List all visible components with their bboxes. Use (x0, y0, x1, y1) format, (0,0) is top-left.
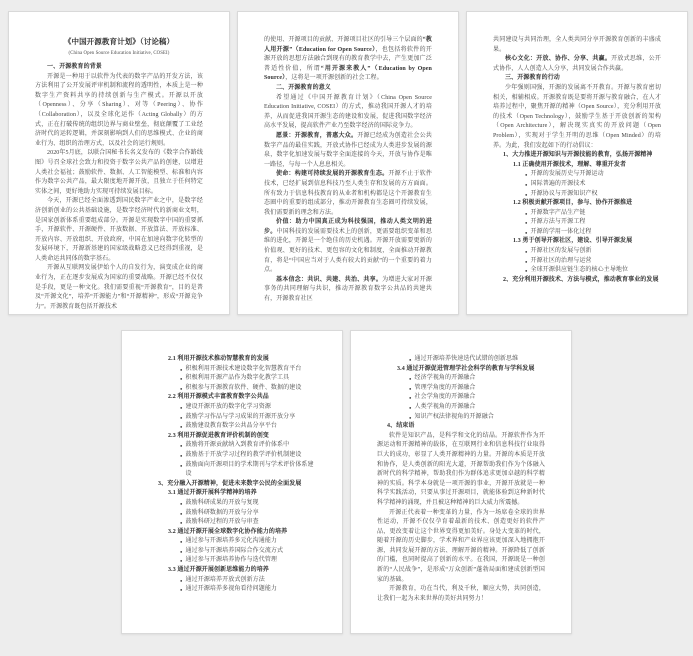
emphasis-text: 基本信念：共识、共建、共治、共享。 (276, 277, 382, 283)
bullet-icon: ● (409, 403, 412, 413)
bullet-text: 积极参与开源教育软件、硬件、数据的建设 (186, 384, 302, 394)
page-5-bullet: ●经济学视角的开源融合 (377, 374, 545, 384)
page-2-para: 使命：构建可持续发展的开源教育生态。开源不止于软件技术，已经扩展到信息科技乃至人… (264, 170, 432, 218)
page-3-h3: 1.2 积极贡献开源项目，参与、协作开源推进 (493, 199, 661, 209)
page-1-para: 开源从互联网发展伊始个人的自发行为，演变成企业的商业行为，正在逐步发展成为国家的… (35, 264, 203, 312)
page-5-bullet: ●通过开源培养快速迭代试错的创新思维 (377, 355, 545, 365)
bullet-icon: ● (180, 441, 183, 451)
bullet-icon: ● (525, 266, 528, 276)
page-4-h2: 3、充分融入开源精神，促进未来数字公民的全面发展 (148, 480, 316, 490)
bullet-text: 经济学视角的开源融合 (415, 374, 476, 384)
page-3-content: 共同建设与共同治理，全人类共同分享开源教育创新的丰盛成果。核心文化：开放、协作、… (467, 12, 687, 314)
page-4-bullet: ●鼓励科研数据的开放与分享 (148, 509, 316, 519)
page-4-bullet: ●通过参与开源培养国际合作交流方式 (148, 547, 316, 557)
page-4-bullet: ●积极利用开源产品作为数字化教学工具 (148, 374, 316, 384)
bullet-text: 社会学角度的开源融合 (415, 393, 476, 403)
bullet-icon: ● (409, 384, 412, 394)
page-4-h3: 2.1 利用开源技术推动智慧教育的发展 (148, 355, 316, 365)
page-3-h1: 三、开源教育的行动 (493, 74, 661, 84)
bullet-text: 鼓励面向开源项目的学术期刊与学术评价体系建设 (186, 461, 316, 480)
page-2-para: 价值：助力中国真正成为科技强国，推动人类文明的进步。中国科技的发展需要技术上的创… (264, 218, 432, 276)
bullet-text: 开源社区的发展与创新 (531, 247, 592, 257)
page-1-para: 2020年5月底，以联合国秘书长名义发布的《数字合作路线图》号召全球社会致力和投… (35, 149, 203, 197)
bullet-icon: ● (409, 355, 412, 365)
bullet-icon: ● (180, 422, 183, 432)
page-4-h3: 3.1 通过开源开展科学精神的培养 (148, 489, 316, 499)
page-3-bullet: ●开源社区的发展与创新 (493, 247, 661, 257)
bullet-text: 知识产权法律视角的开源融合 (415, 413, 494, 423)
bullet-text: 鼓励科研过程的开放与审查 (186, 518, 259, 528)
page-4-content: 2.1 利用开源技术推动智慧教育的发展●积极利用开源技术建设数字化智慧教育平台●… (122, 331, 342, 633)
page-1-h1: 一、开源教育的背景 (35, 63, 203, 73)
bullet-text: 开源方法与开源工程 (531, 218, 586, 228)
page-3: 共同建设与共同治理，全人类共同分享开源教育创新的丰盛成果。核心文化：开放、协作、… (466, 11, 688, 315)
bullet-icon: ● (180, 576, 183, 586)
page-2-h1: 二、开源教育的意义 (264, 84, 432, 94)
bullet-icon: ● (409, 393, 412, 403)
bullet-text: 鼓励将开源贡献纳入到教育评价体系中 (186, 441, 290, 451)
bullet-icon: ● (180, 547, 183, 557)
page-5-bullet: ●人类学视角的开源融合 (377, 403, 545, 413)
page-3-bullet: ●开源的学用一体化过程 (493, 228, 661, 238)
page-5-h2: 4、结束语 (377, 422, 545, 432)
bullet-icon: ● (180, 537, 183, 547)
page-5-bullet: ●社会学角度的开源融合 (377, 393, 545, 403)
bullet-text: 全球开源供应链生态的核心主导地位 (531, 266, 629, 276)
bullet-icon: ● (525, 257, 528, 267)
page-5-bullet: ●知识产权法律视角的开源融合 (377, 413, 545, 423)
bullet-text: 开源的学用一体化过程 (531, 228, 592, 238)
body-text: 中国科技的发展需要技术上的创新，更需要组织变革和思维的进化，开源是一个绝佳的历史… (264, 229, 432, 273)
page-4-bullet: ●积极利用开源技术建设数字化智慧教育平台 (148, 365, 316, 375)
body-text: 的使用、开源项目的贡献、开源项目社区的引导三个层面的 (264, 37, 423, 43)
bullet-icon: ● (525, 180, 528, 190)
page-5-para: 开源教育，功在当代，利及千秋，顺应大势，共同创造，让我们一起为未来世界的美好共同… (377, 585, 545, 604)
page-4: 2.1 利用开源技术推动智慧教育的发展●积极利用开源技术建设数字化智慧教育平台●… (121, 330, 343, 634)
page-4-bullet: ●鼓励基于开放学习过程的教学评价机制建设 (148, 451, 316, 461)
bullet-text: 开源社区的治理与运营 (531, 257, 592, 267)
bullet-icon: ● (180, 518, 183, 528)
bullet-icon: ● (525, 170, 528, 180)
page-5-content: ●通过开源培养快速迭代试错的创新思维3.4 通过开源促进管理学社会科学的教育与学… (351, 331, 571, 633)
page-4-bullet: ●通过开源培养开放式创新方法 (148, 576, 316, 586)
bullet-text: 通过参与开源培养国际合作交流方式 (186, 547, 284, 557)
bullet-icon: ● (180, 499, 183, 509)
bullet-text: 建设开源开放的数字化学习资源 (186, 403, 271, 413)
page-1-para: 今天，开源已经全面渗透到国民数字产业之中，是数字经济创新创业的公共基础设施，是数… (35, 197, 203, 264)
bullet-icon: ● (180, 413, 183, 423)
page-2-content: 的使用、开源项目的贡献、开源项目社区的引导三个层面的“教人用开源”（Educat… (238, 12, 458, 314)
page-5: ●通过开源培养快速迭代试错的创新思维3.4 通过开源促进管理学社会科学的教育与学… (350, 330, 572, 634)
emphasis-text: 使命：构建可持续发展的开源教育生态。 (276, 171, 388, 177)
bullet-text: 通过参与开源培养协作与迭代管理 (186, 556, 278, 566)
page-4-bullet: ●建设开源开放的数字化学习资源 (148, 403, 316, 413)
page-2-para: 希望通过《中国开源教育计划》（China Open Source Educati… (264, 94, 432, 132)
page-4-h3: 3.3 通过开源开展创新思维能力的培养 (148, 566, 316, 576)
page-5-bullet: ●管理学角度的开源融合 (377, 384, 545, 394)
bullet-icon: ● (525, 247, 528, 257)
bullet-icon: ● (525, 218, 528, 228)
bullet-text: 管理学角度的开源融合 (415, 384, 476, 394)
bullet-icon: ● (180, 585, 183, 595)
bullet-icon: ● (180, 365, 183, 375)
page-4-bullet: ●积极参与开源教育软件、硬件、数据的建设 (148, 384, 316, 394)
page-3-bullet: ●开源方法与开源工程 (493, 218, 661, 228)
bullet-icon: ● (525, 190, 528, 200)
emphasis-text: 愿景：开源教育，普惠大众。 (276, 133, 357, 139)
page-3-bullet: ●国际普遍的开源技术 (493, 180, 661, 190)
bullet-text: 人类学视角的开源融合 (415, 403, 476, 413)
bullet-text: 国际普遍的开源技术 (531, 180, 586, 190)
page-5-para: 开源正代表着一种变革的力量，作为一场席卷全球的世界性运动，开源不仅仅孕育着最新的… (377, 509, 545, 586)
page-4-bullet: ●鼓励建设教育数字公共品分享平台 (148, 422, 316, 432)
page-2-para-cont: 的使用、开源项目的贡献、开源项目社区的引导三个层面的“教人用开源”（Educat… (264, 36, 432, 84)
page-4-bullet: ●通过开源培养多视角看待问题能力 (148, 585, 316, 595)
page-2-para: 基本信念：共识、共建、共治、共享。为增进大家对开源事务的共同理解与共识，推动开源… (264, 276, 432, 305)
bullet-text: 开源的发展历史与开源运动 (531, 170, 604, 180)
page-4-bullet: ●鼓励学习作品与学习成果的开源开放分享 (148, 413, 316, 423)
page-2: 的使用、开源项目的贡献、开源项目社区的引导三个层面的“教人用开源”（Educat… (237, 11, 459, 315)
bullet-icon: ● (180, 451, 183, 461)
bullet-text: 通过开源培养快速迭代试错的创新思维 (415, 355, 519, 365)
page-4-bullet: ●通过参与开源培养协作与迭代管理 (148, 556, 316, 566)
bullet-icon: ● (525, 209, 528, 219)
page-1-content: 《中国开源教育计划》（讨论稿）(China Open Source Educat… (9, 12, 229, 314)
page-5-h3: 3.4 通过开源促进管理学社会科学的教育与学科发展 (377, 365, 545, 375)
bullet-icon: ● (180, 384, 183, 394)
page-1-title: 《中国开源教育计划》（讨论稿） (35, 36, 203, 47)
bullet-icon: ● (409, 374, 412, 384)
page-2-para: 愿景：开源教育，普惠大众。开源已经成为创造社会公共数字产品的最佳实践，开放式协作… (264, 132, 432, 170)
page-4-bullet: ●鼓励科研过程的开放与审查 (148, 518, 316, 528)
page-4-bullet: ●通过参与开源培养多元化沟通能力 (148, 537, 316, 547)
page-3-bullet: ●开源社区的治理与运营 (493, 257, 661, 267)
bullet-text: 通过参与开源培养多元化沟通能力 (186, 537, 278, 547)
page-4-bullet: ●鼓励将开源贡献纳入到教育评价体系中 (148, 441, 316, 451)
page-4-h3: 2.2 利用开源模式丰富教育数字公共品 (148, 393, 316, 403)
bullet-text: 鼓励科研成果的开放与复现 (186, 499, 259, 509)
page-3-para-cont: 共同建设与共同治理，全人类共同分享开源教育创新的丰盛成果。 (493, 36, 661, 55)
emphasis-text: 核心文化：开放、协作、分享、共赢。 (505, 56, 611, 62)
bullet-text: 鼓励学习作品与学习成果的开源开放分享 (186, 413, 296, 423)
bullet-icon: ● (180, 556, 183, 566)
bullet-icon: ● (180, 509, 183, 519)
page-3-h3: 1.1 正确使用开源技术，理解、尊重开发者 (493, 161, 661, 171)
bullet-text: 积极利用开源产品作为数字化教学工具 (186, 374, 290, 384)
page-3-bullet: ●开源数字产品生产链 (493, 209, 661, 219)
bullet-icon: ● (525, 228, 528, 238)
bullet-icon: ● (180, 461, 183, 471)
page-3-bullet: ●开源的发展历史与开源运动 (493, 170, 661, 180)
page-1-subtitle: (China Open Source Education Initiative,… (35, 50, 203, 58)
bullet-text: 通过开源培养开放式创新方法 (186, 576, 265, 586)
body-text: 开源不止于软件技术，已经扩展到信息科技乃至人类生存和发展的方方面面。所有致力于信… (264, 171, 432, 215)
page-5-para: 软件是知识产品，是科学和文化的结晶。开源软件作为开源运动和开源精神的载体，在互联… (377, 432, 545, 509)
bullet-text: 鼓励建设教育数字公共品分享平台 (186, 422, 278, 432)
page-3-bullet: ●开源协议与开源知识产权 (493, 190, 661, 200)
document-preview-canvas: 《中国开源教育计划》（讨论稿）(China Open Source Educat… (0, 0, 693, 656)
bullet-icon: ● (409, 413, 412, 423)
page-1: 《中国开源教育计划》（讨论稿）(China Open Source Educat… (8, 11, 230, 315)
bullet-icon: ● (180, 403, 183, 413)
page-3-bullet: ●全球开源供应链生态的核心主导地位 (493, 266, 661, 276)
bullet-text: 鼓励科研数据的开放与分享 (186, 509, 259, 519)
page-3-para: 少年强则国强，开源的发展离不开教育。开源与教育密切相关，相辅相成。开源教育既是要… (493, 84, 661, 151)
page-3-para: 核心文化：开放、协作、分享、共赢。开放式思维，公开式协作，人人创造人人分享，共同… (493, 55, 661, 74)
page-3-h2: 2、充分利用开源技术、方法与模式，推动教育事业的发展 (493, 276, 661, 286)
bullet-text: 积极利用开源技术建设数字化智慧教育平台 (186, 365, 302, 375)
page-3-h2: 1、大力推进开源知识与开源技能的教育，弘扬开源精神 (493, 151, 661, 161)
body-text: ，这将是一项开源创新的社会工程。 (285, 75, 383, 81)
page-4-h3: 2.3 利用开源促进教育评价机制的创变 (148, 432, 316, 442)
bullet-text: 鼓励基于开放学习过程的教学评价机制建设 (186, 451, 302, 461)
page-1-para: 开源是一种用于以软件为代表的数字产品的开发方法，该方法利用了公开发展评审机制和流… (35, 73, 203, 150)
page-3-h3: 1.3 勇于创导开源社区，建设、引导开源发展 (493, 237, 661, 247)
bullet-icon: ● (180, 374, 183, 384)
bullet-text: 开源数字产品生产链 (531, 209, 586, 219)
bullet-text: 开源协议与开源知识产权 (531, 190, 598, 200)
page-4-bullet: ●鼓励科研成果的开放与复现 (148, 499, 316, 509)
bullet-text: 通过开源培养多视角看待问题能力 (186, 585, 278, 595)
page-4-h3: 3.2 通过开源开展全球数字化协作能力的培养 (148, 528, 316, 538)
page-4-bullet: ●鼓励面向开源项目的学术期刊与学术评价体系建设 (148, 461, 316, 480)
